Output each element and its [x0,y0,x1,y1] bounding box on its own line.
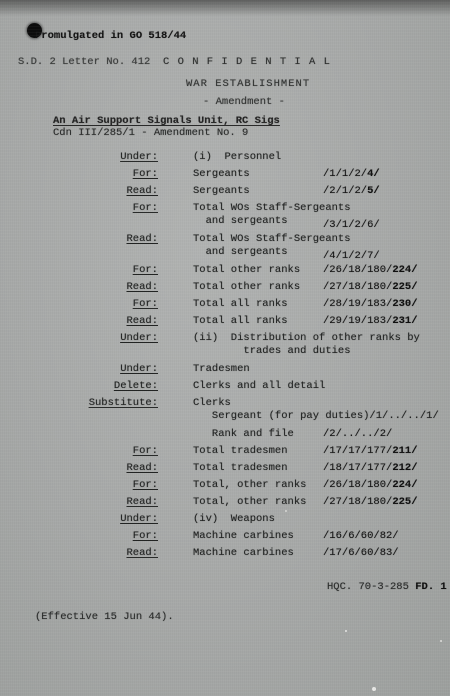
row-text: Sergeants [193,168,250,181]
row-value: /2/1/2/5/ [323,185,380,197]
unit-title: An Air Support Signals Unit, RC Sigs [53,115,280,127]
amendment-row: Read:Sergeants/2/1/2/5/ [0,185,450,202]
row-text: Total tradesmen [193,445,288,458]
row-value: /2/../../2/ [323,428,392,440]
row-value: /17/6/60/83/ [323,547,399,559]
amendment-row: Under:Tradesmen [0,363,450,380]
amendment-rows: Under:(i) Personnel For:Sergeants/1/1/2/… [0,151,450,564]
row-value: /16/6/60/82/ [323,530,399,542]
amendment-row: Read:Total all ranks/29/19/183/231/ [0,315,450,332]
effective-date: (Effective 15 Jun 44). [35,611,174,623]
row-text: Clerks Sergeant (for pay duties)/1/../..… [193,397,439,423]
row-text: Total other ranks [193,281,300,294]
unit-reference: Cdn III/285/1 - Amendment No. 9 [53,127,248,139]
row-text: Tradesmen [193,363,250,376]
scanned-document-page: Promulgated in GO 518/44 S.D. 2 Letter N… [0,0,450,696]
amendment-row: Rank and file/2/../../2/ [0,428,450,445]
row-label: Delete: [0,380,158,392]
row-value: /18/17/177/212/ [323,462,418,474]
row-value: /27/18/180/225/ [323,496,418,508]
row-label: Read: [0,462,158,474]
amendment-row: Delete:Clerks and all detail [0,380,450,397]
amendment-row: Read:Total tradesmen/18/17/177/212/ [0,462,450,479]
row-label: Under: [0,513,158,525]
row-label: Read: [0,547,158,559]
row-text: Sergeants [193,185,250,198]
fd-stamp: FD. 1 [415,581,447,593]
row-value: /29/19/183/231/ [323,315,418,327]
classification-marking: C O N F I D E N T I A L [163,56,331,68]
row-value: /26/18/180/224/ [323,264,418,276]
row-text: Total all ranks [193,315,288,328]
row-value: /28/19/183/230/ [323,298,418,310]
row-label: For: [0,202,158,214]
amendment-row: Under:(iv) Weapons [0,513,450,530]
row-label: For: [0,264,158,276]
film-speckles [345,630,347,632]
row-label: Read: [0,233,158,245]
row-label: Under: [0,151,158,163]
amendment-row: For:Total, other ranks/26/18/180/224/ [0,479,450,496]
row-label: Read: [0,281,158,293]
document-subheading: - Amendment - [203,96,285,108]
amendment-row: For:Sergeants/1/1/2/4/ [0,168,450,185]
row-text: Machine carbines [193,530,294,543]
row-label: Read: [0,496,158,508]
amendment-row: Read:Machine carbines/17/6/60/83/ [0,547,450,564]
row-label: Substitute: [0,397,158,409]
amendment-row: Substitute:Clerks Sergeant (for pay duti… [0,397,450,428]
amendment-row: Read:Total other ranks/27/18/180/225/ [0,281,450,298]
row-label: Under: [0,363,158,375]
row-label: Read: [0,315,158,327]
row-label: For: [0,445,158,457]
row-text: Rank and file [193,428,294,441]
document-heading: WAR ESTABLISHMENT [186,78,310,90]
row-label: Under: [0,332,158,344]
row-text: Total tradesmen [193,462,288,475]
amendment-row: Read:Total WOs Staff-Sergeants and serge… [0,233,450,264]
amendment-row: Under:(i) Personnel [0,151,450,168]
promulgated-note: Promulgated in GO 518/44 [35,30,186,42]
row-text: (i) Personnel [193,151,281,164]
amendment-row: For:Total tradesmen/17/17/177/211/ [0,445,450,462]
row-text: Machine carbines [193,547,294,560]
row-value: /3/1/2/6/ [323,219,380,231]
amendment-row: For:Total all ranks/28/19/183/230/ [0,298,450,315]
amendment-row: For:Machine carbines/16/6/60/82/ [0,530,450,547]
file-reference: HQC. 70-3-285 FD. 1 [327,581,447,593]
row-text: (ii) Distribution of other ranks by trad… [193,332,420,358]
amendment-row: Read:Total, other ranks/27/18/180/225/ [0,496,450,513]
row-text: Total all ranks [193,298,288,311]
row-value: /17/17/177/211/ [323,445,418,457]
row-value: /27/18/180/225/ [323,281,418,293]
amendment-row: Under:(ii) Distribution of other ranks b… [0,332,450,363]
row-label: For: [0,298,158,310]
row-value: /26/18/180/224/ [323,479,418,491]
row-label: For: [0,168,158,180]
amendment-row: For:Total other ranks/26/18/180/224/ [0,264,450,281]
row-text: Clerks and all detail [193,380,325,393]
row-value: /4/1/2/7/ [323,250,380,262]
amendment-row: For:Total WOs Staff-Sergeants and sergea… [0,202,450,233]
row-text: Total, other ranks [193,479,306,492]
row-label: For: [0,530,158,542]
row-label: For: [0,479,158,491]
row-text: Total other ranks [193,264,300,277]
row-text: Total, other ranks [193,496,306,509]
row-text: (iv) Weapons [193,513,275,526]
row-label: Read: [0,185,158,197]
letter-number: S.D. 2 Letter No. 412 [18,56,150,68]
row-value: /1/1/2/4/ [323,168,380,180]
